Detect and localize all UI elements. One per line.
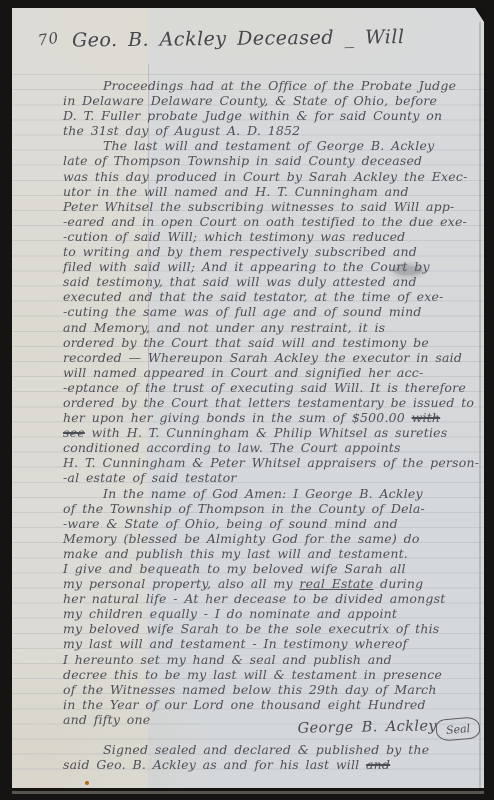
manuscript-line: -cuting the same was of full age and of …: [63, 304, 471, 319]
book-edge-strip: [12, 791, 484, 794]
manuscript-line: executed and that the said testator, at …: [63, 289, 471, 304]
manuscript-line: filed with said will; And it appearing t…: [63, 259, 471, 274]
manuscript-line: her upon her giving bonds in the sum of …: [63, 410, 471, 425]
manuscript-line: The last will and testament of George B.…: [63, 138, 471, 153]
manuscript-line: was this day produced in Court by Sarah …: [63, 169, 471, 184]
manuscript-line: D. T. Fuller probate Judge within & for …: [63, 108, 471, 123]
manuscript-line: see with H. T. Cunningham & Philip Whits…: [63, 425, 471, 440]
seal-label: Seal: [445, 721, 470, 736]
manuscript-line: her natural life - At her decease to be …: [63, 591, 471, 606]
page-title: Geo. B. Ackley Deceased _ Will: [72, 26, 364, 51]
manuscript-line: my children equally - I do nominate and …: [63, 606, 471, 621]
manuscript-line: ordered by the Court that said will and …: [63, 335, 471, 350]
manuscript-line: my personal property, also all my real E…: [63, 576, 471, 591]
manuscript-line: in the Year of our Lord one thousand eig…: [63, 697, 471, 712]
photo-corner-shadow: [475, 8, 484, 22]
manuscript-line: -cution of said Will; which testimony wa…: [63, 229, 471, 244]
ledger-paper: 70 Geo. B. Ackley Deceased _ Will Procee…: [12, 8, 484, 788]
manuscript-line: will named appeared in Court and signifi…: [63, 365, 471, 380]
manuscript-line: Memory (blessed be Almighty God for the …: [63, 531, 471, 546]
paper-speck: [85, 781, 89, 785]
manuscript-line: -eptance of the trust of executing said …: [63, 380, 471, 395]
manuscript-line: to writing and by them respectively subs…: [63, 244, 471, 259]
manuscript-line: I hereunto set my hand & seal and publis…: [63, 652, 471, 667]
manuscript-line: H. T. Cunningham & Peter Whitsel apprais…: [63, 455, 471, 470]
manuscript-line: Peter Whitsel the subscribing witnesses …: [63, 199, 471, 214]
manuscript-line: the 31st day of August A. D. 1852: [63, 123, 471, 138]
manuscript-line: Proceedings had at the Office of the Pro…: [63, 78, 471, 93]
manuscript-line: make and publish this my last will and t…: [63, 546, 471, 561]
manuscript-line: said Geo. B. Ackley as and for his last …: [63, 757, 471, 772]
manuscript-line: -ware & State of Ohio, being of sound mi…: [63, 516, 471, 531]
page-number: 70: [37, 29, 60, 50]
underlying-page-edge: [479, 22, 481, 788]
photographed-ledger-page: { "page": { "number": "70", "title": "Ge…: [0, 0, 494, 800]
manuscript-line: of the Township of Thompson in the Count…: [63, 501, 471, 516]
manuscript-line: my last will and testament - In testimon…: [63, 636, 471, 651]
manuscript-line: ordered by the Court that letters testam…: [63, 395, 471, 410]
manuscript-line: -al estate of said testator: [63, 470, 471, 485]
manuscript-line: -eared and in open Court on oath testifi…: [63, 214, 471, 229]
manuscript-line: Signed sealed and declared & published b…: [63, 742, 471, 757]
manuscript-line: my beloved wife Sarah to be the sole exe…: [63, 621, 471, 636]
manuscript-line: utor in the will named and H. T. Cunning…: [63, 184, 471, 199]
manuscript-line: said testimony, that said will was duly …: [63, 274, 471, 289]
manuscript-line: In the name of God Amen: I George B. Ack…: [63, 486, 471, 501]
manuscript-line: and Memory, and not under any restraint,…: [63, 320, 471, 335]
manuscript-line: conditioned according to law. The Court …: [63, 440, 471, 455]
manuscript-line: recorded — Whereupon Sarah Ackley the ex…: [63, 350, 471, 365]
manuscript-line: in Delaware Delaware County, & State of …: [63, 93, 471, 108]
manuscript-lines: Proceedings had at the Office of the Pro…: [63, 78, 471, 772]
manuscript-line: of the Witnesses named below this 29th d…: [63, 682, 471, 697]
manuscript-line: I give and bequeath to my beloved wife S…: [63, 561, 471, 576]
manuscript-line: late of Thompson Township in said County…: [63, 153, 471, 168]
manuscript-line: decree this to be my last will & testame…: [63, 667, 471, 682]
